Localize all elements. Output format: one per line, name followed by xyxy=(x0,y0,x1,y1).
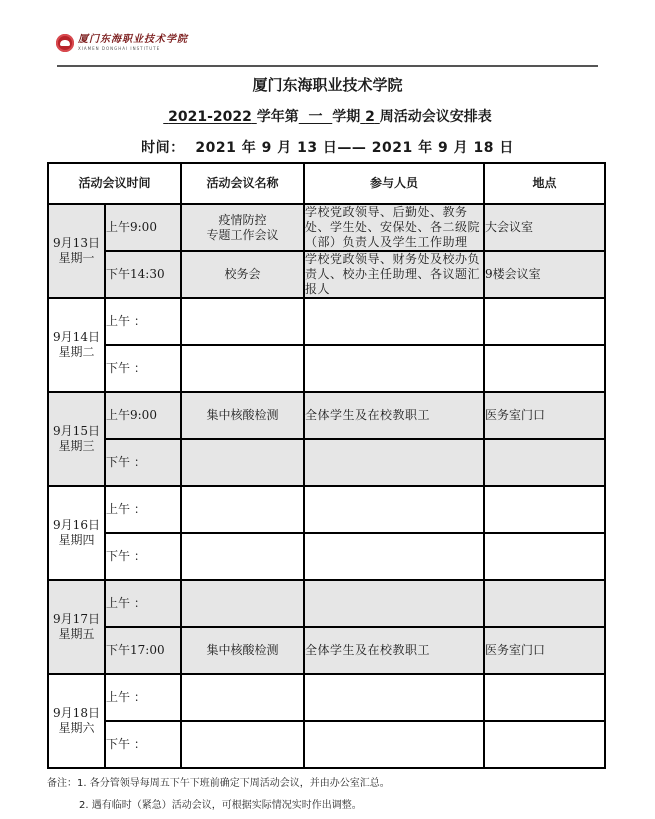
participants-cell: 学校党政领导、后勤处、教务处、学生处、安保处、各二级院（部）负责人及学生工作助理 xyxy=(304,204,484,251)
schedule-table: 活动会议时间 活动会议名称 参与人员 地点 9月13日星期一上午9:00疫情防控… xyxy=(47,162,606,769)
participants-cell xyxy=(304,486,484,533)
location-cell xyxy=(484,674,605,721)
time-cell: 下午 ： xyxy=(105,721,181,768)
header-people: 参与人员 xyxy=(304,163,484,204)
meeting-name-cell xyxy=(181,721,304,768)
location-cell xyxy=(484,580,605,627)
meeting-name-cell xyxy=(181,533,304,580)
time-cell: 下午 ： xyxy=(105,439,181,486)
table-row: 下午 ： xyxy=(48,345,605,392)
table-row: 9月14日星期二上午 ： xyxy=(48,298,605,345)
table-row: 9月15日星期三上午9:00集中核酸检测全体学生及在校教职工医务室门口 xyxy=(48,392,605,439)
school-emblem-icon xyxy=(56,34,74,52)
location-cell xyxy=(484,721,605,768)
notes: 备注：1. 各分管领导每周五下午下班前确定下周活动会议，并由办公室汇总。 2. … xyxy=(47,773,390,817)
participants-cell xyxy=(304,345,484,392)
table-row: 下午17:00集中核酸检测全体学生及在校教职工医务室门口 xyxy=(48,627,605,674)
table-row: 9月16日星期四上午 ： xyxy=(48,486,605,533)
school-title: 厦门东海职业技术学院 xyxy=(0,74,655,95)
location-cell xyxy=(484,298,605,345)
participants-cell xyxy=(304,533,484,580)
table-row: 下午 ： xyxy=(48,439,605,486)
time-cell: 上午 ： xyxy=(105,298,181,345)
weekday-label: 星期二 xyxy=(49,345,104,360)
time-cell: 下午 ： xyxy=(105,533,181,580)
time-cell: 下午 ： xyxy=(105,345,181,392)
participants-cell xyxy=(304,674,484,721)
participants-cell xyxy=(304,298,484,345)
meeting-name-cell xyxy=(181,486,304,533)
meeting-name-cell xyxy=(181,439,304,486)
meeting-name-cell: 集中核酸检测 xyxy=(181,392,304,439)
table-row: 9月17日星期五上午 ： xyxy=(48,580,605,627)
date-label: 9月18日 xyxy=(49,706,104,721)
participants-cell xyxy=(304,439,484,486)
participants-cell: 学校党政领导、财务处及校办负责人、校办主任助理、各议题汇报人 xyxy=(304,251,484,298)
week-number: 2 xyxy=(365,109,375,125)
location-cell xyxy=(484,533,605,580)
day-cell: 9月18日星期六 xyxy=(48,674,105,768)
date-label: 9月13日 xyxy=(49,236,104,251)
date-label: 9月16日 xyxy=(49,518,104,533)
schedule-title: 2021-2022 学年第 一 学期 2 周活动会议安排表 xyxy=(0,106,655,126)
meeting-name-cell xyxy=(181,674,304,721)
meeting-name-cell xyxy=(181,298,304,345)
meeting-name-cell: 集中核酸检测 xyxy=(181,627,304,674)
table-row: 下午 ： xyxy=(48,533,605,580)
day-cell: 9月15日星期三 xyxy=(48,392,105,486)
location-cell xyxy=(484,439,605,486)
participants-cell: 全体学生及在校教职工 xyxy=(304,627,484,674)
meeting-name-cell xyxy=(181,580,304,627)
location-cell: 9楼会议室 xyxy=(484,251,605,298)
header-name: 活动会议名称 xyxy=(181,163,304,204)
location-cell xyxy=(484,486,605,533)
note-1: 备注：1. 各分管领导每周五下午下班前确定下周活动会议，并由办公室汇总。 xyxy=(47,773,390,795)
term-number: 一 xyxy=(309,109,323,125)
participants-cell: 全体学生及在校教职工 xyxy=(304,392,484,439)
date-label: 9月17日 xyxy=(49,612,104,627)
meeting-name-cell xyxy=(181,345,304,392)
date-range: 时间： 2021 年 9 月 13 日—— 2021 年 9 月 18 日 xyxy=(0,137,655,157)
participants-cell xyxy=(304,721,484,768)
weekday-label: 星期一 xyxy=(49,251,104,266)
note-2: 2. 遇有临时（紧急）活动会议，可根据实际情况实时作出调整。 xyxy=(47,795,390,817)
weekday-label: 星期三 xyxy=(49,439,104,454)
header-divider xyxy=(57,65,598,67)
academic-year: 2021-2022 xyxy=(168,109,252,125)
time-cell: 上午9:00 xyxy=(105,392,181,439)
meeting-name-cell: 校务会 xyxy=(181,251,304,298)
table-row: 9月13日星期一上午9:00疫情防控 专题工作会议学校党政领导、后勤处、教务处、… xyxy=(48,204,605,251)
location-cell: 大会议室 xyxy=(484,204,605,251)
time-cell: 上午 ： xyxy=(105,674,181,721)
logo-name-cn: 厦门东海职业技术学院 xyxy=(78,35,188,45)
date-label: 9月14日 xyxy=(49,330,104,345)
table-row: 下午14:30校务会学校党政领导、财务处及校办负责人、校办主任助理、各议题汇报人… xyxy=(48,251,605,298)
time-cell: 下午17:00 xyxy=(105,627,181,674)
time-cell: 上午 ： xyxy=(105,580,181,627)
table-header-row: 活动会议时间 活动会议名称 参与人员 地点 xyxy=(48,163,605,204)
location-cell: 医务室门口 xyxy=(484,627,605,674)
table-row: 下午 ： xyxy=(48,721,605,768)
header-place: 地点 xyxy=(484,163,605,204)
school-logo: 厦门东海职业技术学院 XIAMEN DONGHAI INSTITUTE xyxy=(56,32,188,54)
day-cell: 9月13日星期一 xyxy=(48,204,105,298)
day-cell: 9月14日星期二 xyxy=(48,298,105,392)
header-time: 活动会议时间 xyxy=(48,163,181,204)
weekday-label: 星期五 xyxy=(49,627,104,642)
location-cell: 医务室门口 xyxy=(484,392,605,439)
location-cell xyxy=(484,345,605,392)
time-cell: 上午 ： xyxy=(105,486,181,533)
day-cell: 9月16日星期四 xyxy=(48,486,105,580)
day-cell: 9月17日星期五 xyxy=(48,580,105,674)
participants-cell xyxy=(304,580,484,627)
table-row: 9月18日星期六上午 ： xyxy=(48,674,605,721)
weekday-label: 星期六 xyxy=(49,721,104,736)
meeting-name-cell: 疫情防控 专题工作会议 xyxy=(181,204,304,251)
time-cell: 下午14:30 xyxy=(105,251,181,298)
date-label: 9月15日 xyxy=(49,424,104,439)
time-cell: 上午9:00 xyxy=(105,204,181,251)
logo-name-en: XIAMEN DONGHAI INSTITUTE xyxy=(78,47,188,51)
weekday-label: 星期四 xyxy=(49,533,104,548)
